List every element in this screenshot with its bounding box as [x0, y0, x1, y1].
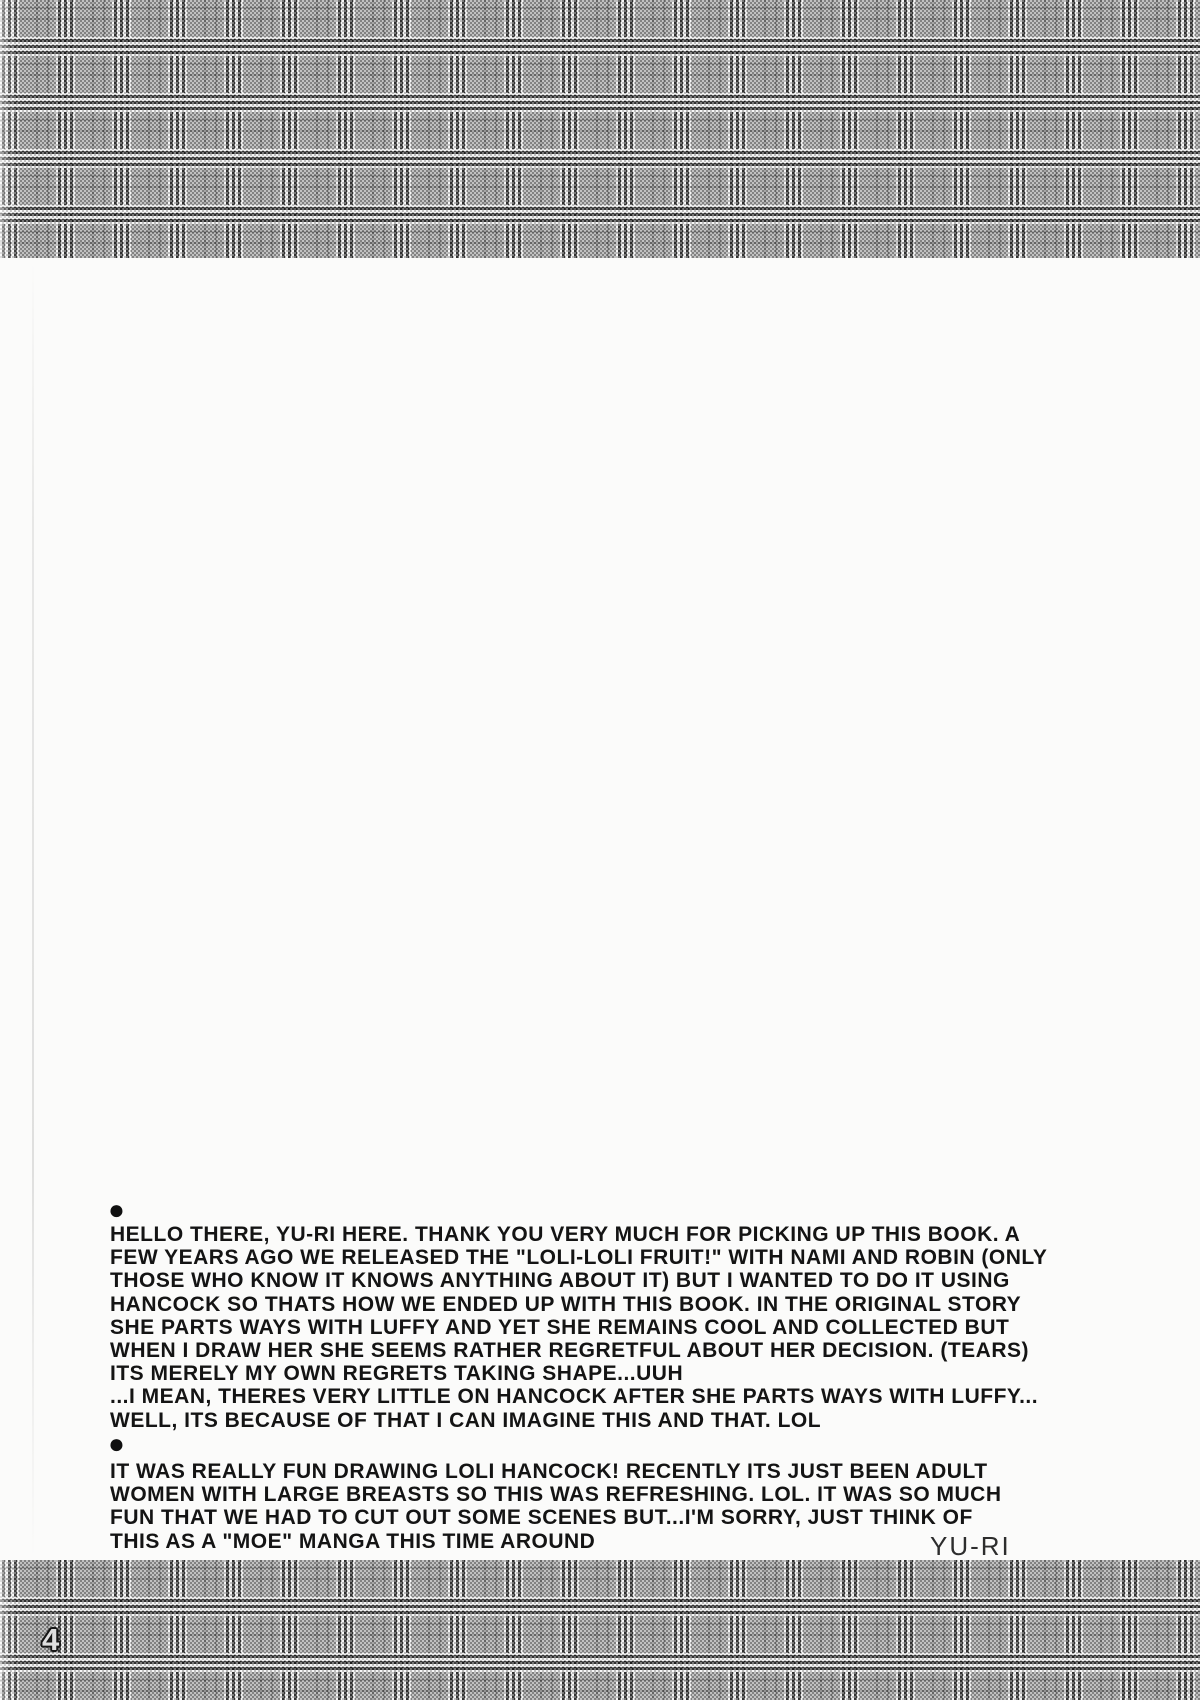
author-signature: YU-RI — [930, 1531, 1011, 1562]
afterword-paragraph-1: HELLO THERE, YU-RI HERE. THANK YOU VERY … — [110, 1223, 1022, 1432]
afterword-paragraph-2: IT WAS REALLY FUN DRAWING LOLI HANCOCK! … — [110, 1460, 1022, 1553]
afterword-line: ITS MERELY MY OWN REGRETS TAKING SHAPE..… — [110, 1362, 1022, 1385]
afterword-line: THOSE WHO KNOW IT KNOWS ANYTHING ABOUT I… — [110, 1269, 1022, 1292]
bullet-icon: ● — [108, 1196, 138, 1224]
afterword-line: THIS AS A "MOE" MANGA THIS TIME AROUND — [110, 1530, 1022, 1553]
afterword-text-block: ● HELLO THERE, YU-RI HERE. THANK YOU VER… — [0, 0, 1200, 1700]
afterword-line: WELL, ITS BECAUSE OF THAT I CAN IMAGINE … — [110, 1409, 1022, 1432]
afterword-line: ...I MEAN, THERES VERY LITTLE ON HANCOCK… — [110, 1385, 1022, 1408]
afterword-line: IT WAS REALLY FUN DRAWING LOLI HANCOCK! … — [110, 1460, 1022, 1483]
afterword-line: HANCOCK SO THATS HOW WE ENDED UP WITH TH… — [110, 1293, 1022, 1316]
afterword-line: HELLO THERE, YU-RI HERE. THANK YOU VERY … — [110, 1223, 1022, 1246]
afterword-line: FEW YEARS AGO WE RELEASED THE "LOLI-LOLI… — [110, 1246, 1022, 1269]
scanned-manga-afterword-page: ● HELLO THERE, YU-RI HERE. THANK YOU VER… — [0, 0, 1200, 1700]
afterword-line: WOMEN WITH LARGE BREASTS SO THIS WAS REF… — [110, 1483, 1022, 1506]
afterword-line: WHEN I DRAW HER SHE SEEMS RATHER REGRETF… — [110, 1339, 1022, 1362]
bullet-icon: ● — [108, 1430, 138, 1458]
afterword-line: FUN THAT WE HAD TO CUT OUT SOME SCENES B… — [110, 1506, 1022, 1529]
page-number: 4 — [42, 1622, 59, 1658]
afterword-line: SHE PARTS WAYS WITH LUFFY AND YET SHE RE… — [110, 1316, 1022, 1339]
plaid-pattern-bottom-band: 4 — [0, 1560, 1200, 1700]
